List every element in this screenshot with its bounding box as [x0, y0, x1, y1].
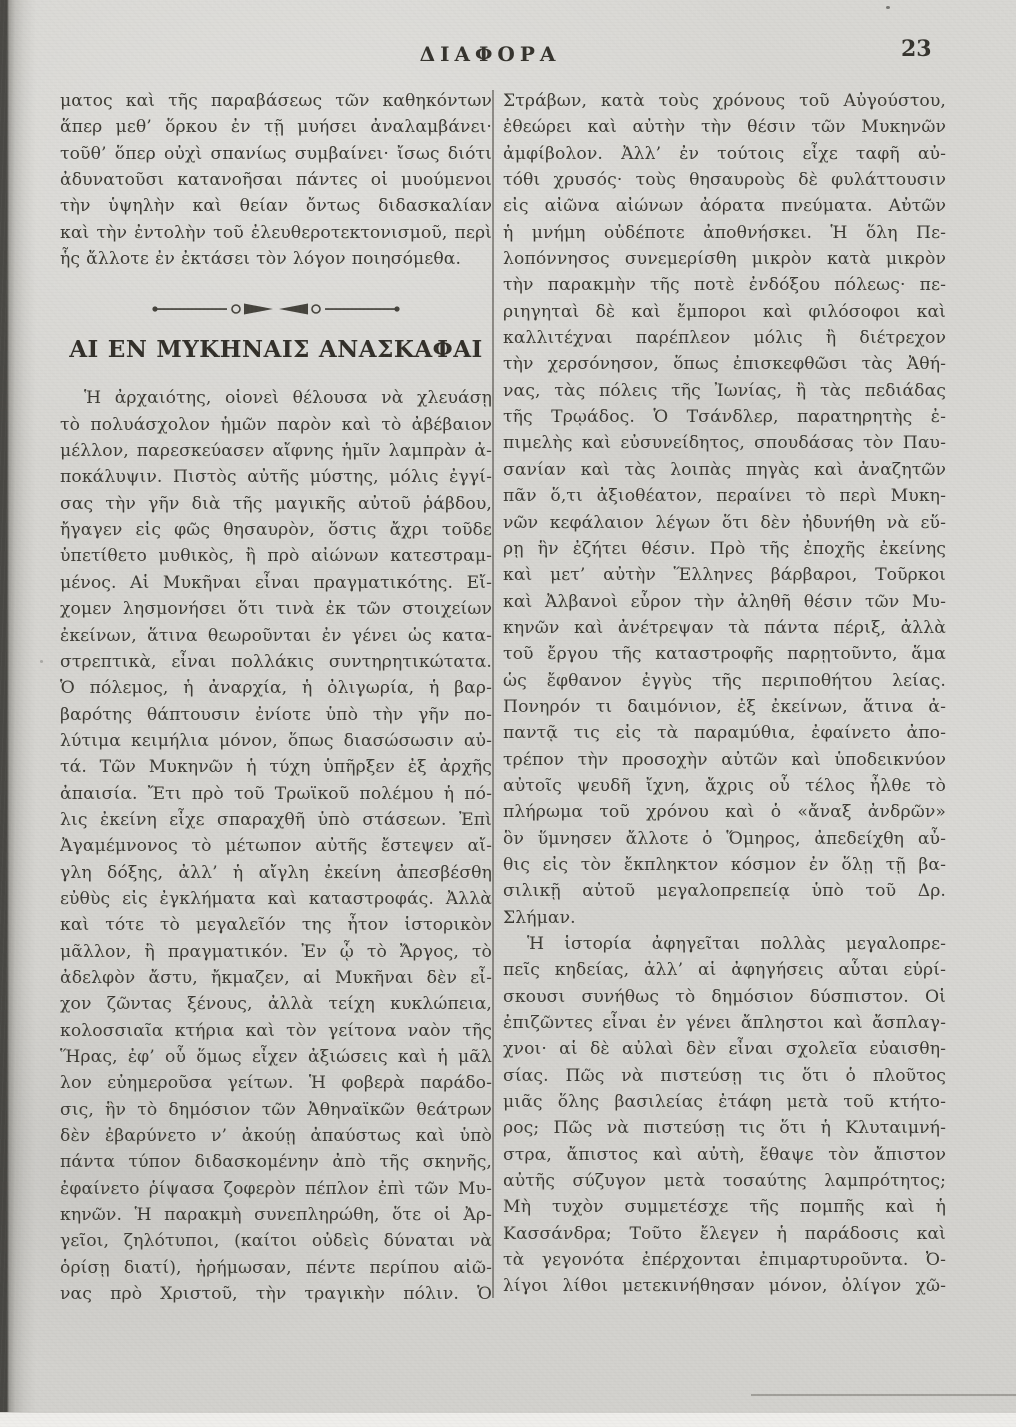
text-line: νας, τὰς πόλεις τῆς Ἰωνίας, ἢ τὰς πεδιάδ… — [503, 378, 946, 404]
text-line: σας τὴν γῆν διὰ τῆς μαγικῆς αὐτοῦ ῥάβδου… — [60, 491, 492, 517]
text-line: αὐτοῖς ψευδῆ ἴχνη, ἄχρις οὗ τέλος ἦλθε τ… — [503, 773, 946, 799]
scan-bottom-edge — [0, 1412, 1016, 1427]
right-column: Στράβων, κατὰ τοὺς χρόνους τοῦ Αὐγούστου… — [503, 88, 946, 1300]
text-line: πιμελὴς καὶ εὐσυνείδητος, σπουδάσας τὸν … — [503, 430, 946, 456]
text-line: εὐθὺς εἰς ἐγκλήματα καὶ καταστροφάς. Ἀλλ… — [60, 886, 492, 912]
text-line: νῶν κεφάλαιον λέγων ὅτι δὲν ἠδυνήθη νὰ ε… — [503, 510, 946, 536]
text-line: ὑπετίθετο μυθικὸς, ἢ πρὸ αἰώνων κατεστρα… — [60, 543, 492, 569]
left-column: ματος καὶ τῆς παραβάσεως τῶν καθηκόντωνἅ… — [60, 88, 492, 1307]
right-paragraph-2: Ἡ ἱστορία ἀφηγεῖται πολλὰς μεγαλοπρε-πεῖ… — [503, 931, 946, 1300]
text-line: Ἥρας, ἐφ’ οὗ ὅμως εἶχεν ἀξιώσεις καὶ ἡ μ… — [60, 1044, 492, 1070]
text-line: ματος καὶ τῆς παραβάσεως τῶν καθηκόντων — [60, 88, 492, 114]
text-line: ἐπιζῶντες εἶναι ἐν γένει ἄπληστοι καὶ ἄσ… — [503, 1010, 946, 1036]
text-line: λον εὐημεροῦσα γείτων. Ἡ φοβερὰ παράδο- — [60, 1070, 492, 1096]
text-line: καὶ Ἀλβανοὶ εὗρον τὴν ἀληθῆ θέσιν τῶν Μυ… — [503, 589, 946, 615]
scan-artifact-line — [751, 1394, 1016, 1396]
text-line: παντᾷ τις εἰς τὰ παραμύθια, ἐφαίνετο ἀπο… — [503, 720, 946, 746]
text-line: ἀδυνατοῦσι κατανοῆσαι πάντες οἱ μυούμενο… — [60, 167, 492, 193]
text-line: πάντα τύπον διδασκομένην ἀπὸ τῆς σκηνῆς, — [60, 1149, 492, 1175]
text-line: ὡς ἔφθανον ἐγγὺς τῆς περιποθήτου λείας. — [503, 668, 946, 694]
column-divider-rule — [492, 90, 494, 1298]
text-line: Κασσάνδρα; Τοῦτο ἔλεγεν ἡ παράδοσις καὶ — [503, 1221, 946, 1247]
text-line: μένος. Αἱ Μυκῆναι εἶναι πραγματικότης. Ε… — [60, 570, 492, 596]
page-header-title: ΔΙΑΦΟΡΑ — [0, 42, 980, 66]
text-line: πεῖς κηδείας, ἀλλ’ αἱ ἀφηγήσεις αὗται εὑ… — [503, 957, 946, 983]
text-line: τρέπον τὴν προσοχὴν αὐτῶν καὶ ὑποδεικνύο… — [503, 747, 946, 773]
scan-speck — [886, 6, 890, 9]
text-line: ρῃ ἣν ἐζήτει θέσιν. Πρὸ τῆς ἐποχῆς ἐκείν… — [503, 536, 946, 562]
text-line: καλλιτέχναι παρέπλεον μόλις ἢ διέτρεχον — [503, 325, 946, 351]
text-line: Ἡ ἀρχαιότης, οἱονεὶ θέλουσα νὰ χλευάσῃ — [60, 385, 492, 411]
text-line: τοῦθ’ ὅπερ οὐχὶ σπανίως συμβαίνει· ἴσως … — [60, 141, 492, 167]
text-line: ἀπαισία. Ἔτι πρὸ τοῦ Τρωϊκοῦ πολέμου ἡ π… — [60, 781, 492, 807]
text-line: ὁρίσῃ διατί), ἠρήμωσαν, πέντε περίπου αἰ… — [60, 1255, 492, 1281]
text-line: δὲν ἐβαρύνετο ν’ ἀκούῃ ἀπαύστως καὶ ὑπὸ — [60, 1123, 492, 1149]
text-line: χον ζῶντας ξένους, ἀλλὰ τείχη κυκλώπεια, — [60, 991, 492, 1017]
text-line: τά. Τῶν Μυκηνῶν ἡ τύχη ὑπῆρξεν ἐξ ἀρχῆς — [60, 754, 492, 780]
text-line: σανίαν καὶ τὰς λοιπὰς πηγὰς καὶ ἀναζητῶν — [503, 457, 946, 483]
text-line: ποκάλυψιν. Πιστὸς αὐτῆς μύστης, μόλις ἐγ… — [60, 464, 492, 490]
text-line: τὸ πολυάσχολον ἡμῶν παρὸν καὶ τὸ ἀβέβαιο… — [60, 412, 492, 438]
text-line: τῆς Τρῳάδος. Ὁ Τσάνδλερ, παρατηρητὴς ἐ- — [503, 404, 946, 430]
text-line: Μὴ τυχὸν συμμετέσχε τῆς πομπῆς καὶ ἡ — [503, 1194, 946, 1220]
scanned-magazine-page: ΔΙΑΦΟΡΑ 23 ματος καὶ τῆς παραβάσεως τῶν … — [0, 0, 1016, 1427]
text-line: σκουσι συνήθως τὸ δημόσιον δύσπιστον. Οἱ — [503, 984, 946, 1010]
text-line: κολοσσιαῖα κτήρια καὶ τὸν γείτονα ναὸν τ… — [60, 1018, 492, 1044]
text-line: Ἀγαμέμνονος τὸ μέτωπον αὐτῆς ἔστεψεν αἴ- — [60, 833, 492, 859]
text-line: χομεν λησμονήσει ὅτι τινὰ ἐκ τῶν στοιχεί… — [60, 596, 492, 622]
text-line: ὃν ὕμνησεν ἄλλοτε ὁ Ὅμηρος, ἀπεδείχθη αὖ… — [503, 826, 946, 852]
text-line: μιᾶς ὅλης βασιλείας ἐτάφη μετὰ τοῦ κτήτο… — [503, 1089, 946, 1115]
text-line: γεῖοι, ζηλότυποι, (καίτοι οὐδεὶς δύναται… — [60, 1228, 492, 1254]
text-line: τὴν παρακμὴν τῆς ποτὲ ἐνδόξου πόλεως· πε… — [503, 272, 946, 298]
text-line: λίγοι λίθοι μετεκινήθησαν μόνον, ὀλίγον … — [503, 1273, 946, 1299]
section-title: ΑΙ ΕΝ ΜΥΚΗΝΑΙΣ ΑΝΑΣΚΑΦΑΙ — [60, 332, 492, 368]
text-line: Ὁ πόλεμος, ἡ ἀναρχία, ἡ ὀλιγωρία, ἡ βαρ- — [60, 675, 492, 701]
text-line: τὴν χερσόνησον, ὅπως ἐπισκεφθῶσι τὰς Ἀθή… — [503, 351, 946, 377]
text-line: τοῦ ἔργου τῆς καταστροφῆς παρῃτοῦντο, ἅμ… — [503, 641, 946, 667]
scan-binding-edge — [0, 0, 36, 1412]
text-line: ἤγαγεν εἰς φῶς θησαυρὸν, ὅστις ἄχρι τοῦδ… — [60, 517, 492, 543]
right-paragraph-1: Στράβων, κατὰ τοὺς χρόνους τοῦ Αὐγούστου… — [503, 88, 946, 931]
text-line: ἅπερ μεθ’ ὅρκου ἐν τῇ μυήσει ἀναλαμβάνει… — [60, 114, 492, 140]
text-line: κηνῶν καὶ ἀνέτρεψαν τὰ πάντα πέριξ, ἀλλὰ — [503, 615, 946, 641]
text-line: πλήρωμα τοῦ χρόνου καὶ ὁ «ἄναξ ἀνδρῶν» — [503, 799, 946, 825]
text-line: νας πρὸ Χριστοῦ, τὴν τραγικὴν πόλιν. Ὁ — [60, 1281, 492, 1307]
scan-speck — [40, 660, 43, 663]
text-line: λύτιμα κειμήλια μόνον, ὅπως διασώσωσιν α… — [60, 728, 492, 754]
text-line: ἀμφίβολον. Ἀλλ’ ἐν τούτοις εἶχε ταφῆ αὐ- — [503, 141, 946, 167]
text-line: ἧς ἄλλοτε ἐν ἐκτάσει τὸν λόγον ποιησόμεθ… — [60, 246, 492, 272]
text-line: καὶ τότε τὸ μεγαλεῖόν της ἦτον ἱστορικὸν — [60, 912, 492, 938]
text-line: ἀδελφὸν ἄστυ, ἤκμαζεν, αἱ Μυκῆναι δὲν εἶ… — [60, 965, 492, 991]
text-line: τὴν ὑψηλὴν καὶ θείαν ὄντως διδασκαλίαν — [60, 193, 492, 219]
text-line: ριηγηταὶ δὲ καὶ ἔμποροι καὶ φιλόσοφοι κα… — [503, 299, 946, 325]
text-line: ἐθεώρει καὶ αὐτὴν τὴν θέσιν τῶν Μυκηνῶν — [503, 114, 946, 140]
scan-speck — [912, 96, 915, 99]
text-line: πᾶν ὅ,τι ἀξιοθέατον, περαίνει τὸ περὶ Μυ… — [503, 483, 946, 509]
text-line: ἐφαίνετο ῥίψασα ζοφερὸν πέπλον ἐπὶ τῶν Μ… — [60, 1176, 492, 1202]
text-line: ρος; Πῶς νὰ πιστεύσῃ τις ὅτι ἡ Κλυταιμνή… — [503, 1115, 946, 1141]
text-line: κηνῶν. Ἡ παρακμὴ συνεπληρώθη, ὅτε οἱ Ἀρ- — [60, 1202, 492, 1228]
text-line: στρα, ἄπιστος καὶ αὐτὴ, ἔθαψε τὸν ἄπιστο… — [503, 1142, 946, 1168]
text-line: εἰς αἰῶνα αἰώνων ἀόρατα πνεύματα. Αὐτῶν — [503, 193, 946, 219]
text-line: καὶ μετ’ αὐτὴν Ἕλληνες βάρβαροι, Τοῦρκοι — [503, 562, 946, 588]
text-line: ἐκείνων, ἅτινα θεωροῦνται ἐν γένει ὡς κα… — [60, 623, 492, 649]
text-line: γλη δόξης, ἀλλ’ ἡ αἴγλη ἐκείνη ἀπεσβέσθη — [60, 860, 492, 886]
text-line: στρεπτικὰ, εἶναι πολλάκις συντηρητικώτατ… — [60, 649, 492, 675]
text-line: σιλικῇ αὐτοῦ μεγαλοπρεπείᾳ ὑπὸ τοῦ Δρ. — [503, 878, 946, 904]
text-line: θις εἰς τὸν ἔκπληκτον κόσμον ἐν ὅλῃ τῇ β… — [503, 852, 946, 878]
scan-speck — [902, 202, 907, 206]
text-line: τὰ γεγονότα ἐπέρχονται ἐπιμαρτυροῦντα. Ὀ… — [503, 1247, 946, 1273]
text-line: Σλήμαν. — [503, 905, 946, 931]
left-article-paragraph: Ἡ ἀρχαιότης, οἱονεὶ θέλουσα νὰ χλευάσῃτὸ… — [60, 385, 492, 1307]
page-number: 23 — [901, 36, 932, 62]
text-line: καὶ τὴν ἐντολὴν τοῦ ἐλευθεροτεκτονισμοῦ,… — [60, 220, 492, 246]
text-line: σις, ἣν τὸ δημόσιον τῶν Ἀθηναϊκῶν θεάτρω… — [60, 1097, 492, 1123]
text-line: αὐτῆς σύζυγον μετὰ τοσαύτης λαμπρότητος; — [503, 1168, 946, 1194]
text-line: Ἡ ἱστορία ἀφηγεῖται πολλὰς μεγαλοπρε- — [503, 931, 946, 957]
text-line: Στράβων, κατὰ τοὺς χρόνους τοῦ Αὐγούστου… — [503, 88, 946, 114]
text-line: σίας. Πῶς νὰ πιστεύσῃ τις ὅτι ὁ πλοῦτος — [503, 1063, 946, 1089]
text-line: βαρότης θάπτουσιν ἐνίοτε ὑπὸ τὴν γῆν πο- — [60, 702, 492, 728]
text-line: ἡ μνήμη οὐδέποτε ἀποθνήσκει. Ἡ ὅλη Πε- — [503, 220, 946, 246]
text-line: τόθι χρυσός· τοὺς θησαυροὺς δὲ φυλάττουσ… — [503, 167, 946, 193]
text-line: Πονηρόν τι δαιμόνιον, ἐξ ἐκείνων, ἅτινα … — [503, 694, 946, 720]
text-line: μᾶλλον, ἢ πραγματικόν. Ἐν ᾧ τὸ Ἄργος, τὸ — [60, 939, 492, 965]
left-continuation-paragraph: ματος καὶ τῆς παραβάσεως τῶν καθηκόντωνἅ… — [60, 88, 492, 272]
text-line: μέλλον, παρεσκεύασεν αἴφνης ἡμῖν λαμπρὰν… — [60, 438, 492, 464]
text-line: λοπόννησος συνεμερίσθη μικρὸν κατὰ μικρὸ… — [503, 246, 946, 272]
text-line: λις ἐκείνη εἶχε σπαραχθῆ ὑπὸ στάσεων. Ἐπ… — [60, 807, 492, 833]
text-line: χνοι· αἱ δὲ αὐλαὶ δὲν εἶναι σχολεῖα εὐαι… — [503, 1036, 946, 1062]
ornament-divider-icon — [60, 298, 492, 312]
